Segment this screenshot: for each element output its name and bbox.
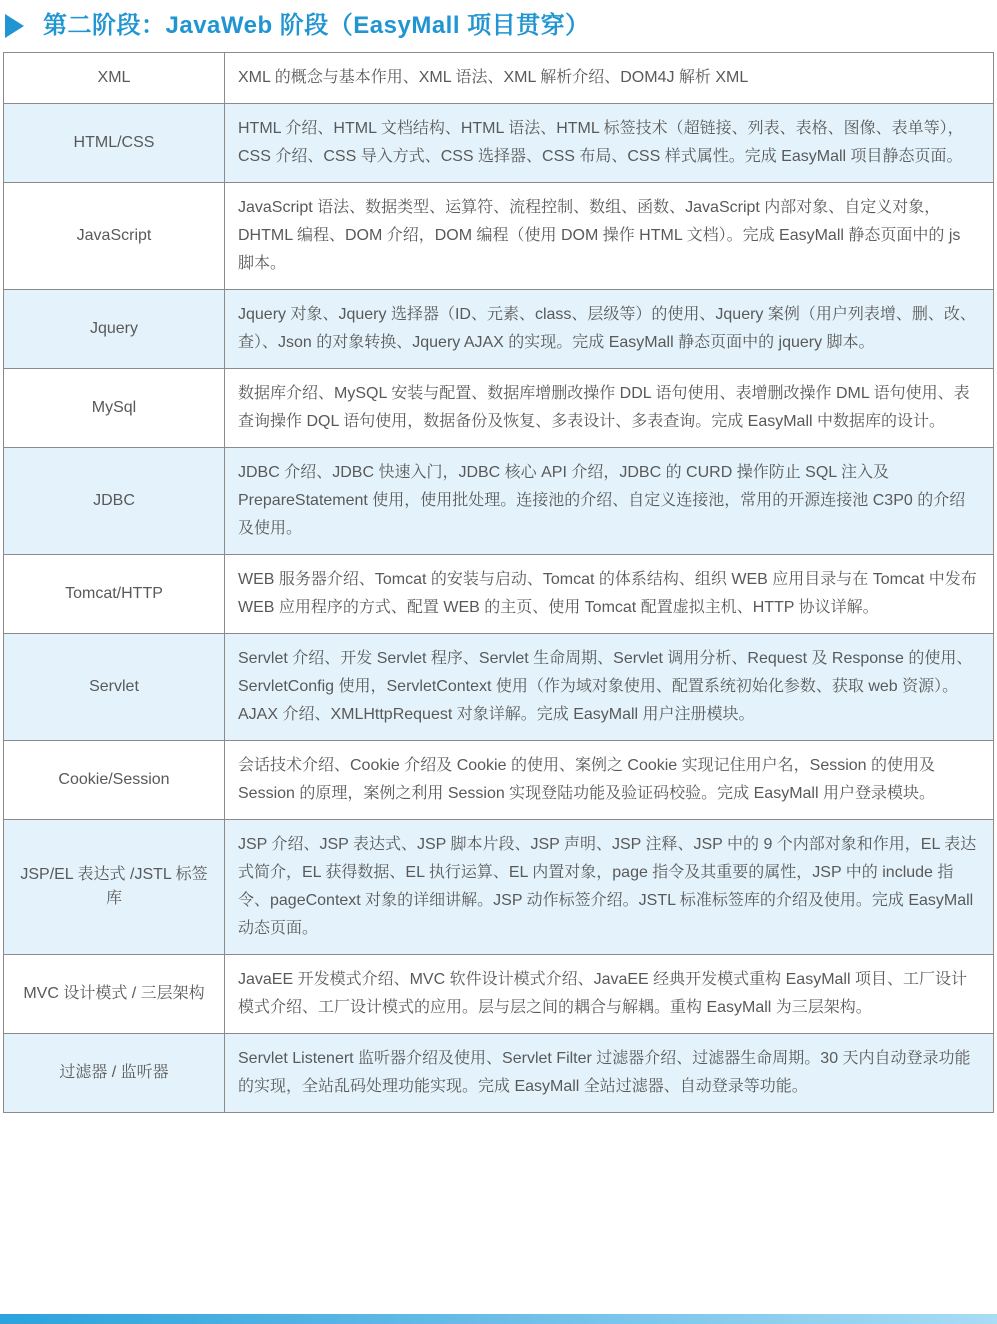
table-row: Servlet Servlet 介绍、开发 Servlet 程序、Servlet… [4, 634, 994, 741]
topic-cell: XML [4, 53, 225, 104]
topic-cell: HTML/CSS [4, 104, 225, 183]
table-row: JSP/EL 表达式 /JSTL 标签库 JSP 介绍、JSP 表达式、JSP … [4, 820, 994, 955]
right-triangle-play-icon [5, 14, 24, 38]
footer-accent-bar [0, 1314, 997, 1324]
topic-cell: JavaScript [4, 183, 225, 290]
table-row: XML XML 的概念与基本作用、XML 语法、XML 解析介绍、DOM4J 解… [4, 53, 994, 104]
table-row: MySql 数据库介绍、MySQL 安装与配置、数据库增删改操作 DDL 语句使… [4, 369, 994, 448]
table-row: Cookie/Session 会话技术介绍、Cookie 介绍及 Cookie … [4, 741, 994, 820]
description-cell: JDBC 介绍、JDBC 快速入门，JDBC 核心 API 介绍，JDBC 的 … [225, 448, 994, 555]
topic-cell: Tomcat/HTTP [4, 555, 225, 634]
description-cell: XML 的概念与基本作用、XML 语法、XML 解析介绍、DOM4J 解析 XM… [225, 53, 994, 104]
description-cell: JavaEE 开发模式介绍、MVC 软件设计模式介绍、JavaEE 经典开发模式… [225, 955, 994, 1034]
table-row: 过滤器 / 监听器 Servlet Listenert 监听器介绍及使用、Ser… [4, 1034, 994, 1113]
table-row: JavaScript JavaScript 语法、数据类型、运算符、流程控制、数… [4, 183, 994, 290]
topic-cell: JSP/EL 表达式 /JSTL 标签库 [4, 820, 225, 955]
description-cell: Servlet 介绍、开发 Servlet 程序、Servlet 生命周期、Se… [225, 634, 994, 741]
description-cell: JSP 介绍、JSP 表达式、JSP 脚本片段、JSP 声明、JSP 注释、JS… [225, 820, 994, 955]
topic-cell: JDBC [4, 448, 225, 555]
description-cell: HTML 介绍、HTML 文档结构、HTML 语法、HTML 标签技术（超链接、… [225, 104, 994, 183]
topic-cell: 过滤器 / 监听器 [4, 1034, 225, 1113]
description-cell: Servlet Listenert 监听器介绍及使用、Servlet Filte… [225, 1034, 994, 1113]
table-row: Jquery Jquery 对象、Jquery 选择器（ID、元素、class、… [4, 290, 994, 369]
topic-cell: Servlet [4, 634, 225, 741]
section-header: 第二阶段：JavaWeb 阶段（EasyMall 项目贯穿） [0, 0, 997, 52]
description-cell: WEB 服务器介绍、Tomcat 的安装与启动、Tomcat 的体系结构、组织 … [225, 555, 994, 634]
table-row: MVC 设计模式 / 三层架构 JavaEE 开发模式介绍、MVC 软件设计模式… [4, 955, 994, 1034]
topic-cell: Cookie/Session [4, 741, 225, 820]
description-cell: 数据库介绍、MySQL 安装与配置、数据库增删改操作 DDL 语句使用、表增删改… [225, 369, 994, 448]
curriculum-table: XML XML 的概念与基本作用、XML 语法、XML 解析介绍、DOM4J 解… [3, 52, 994, 1113]
description-cell: Jquery 对象、Jquery 选择器（ID、元素、class、层级等）的使用… [225, 290, 994, 369]
page: 第二阶段：JavaWeb 阶段（EasyMall 项目贯穿） XML XML 的… [0, 0, 997, 1324]
description-cell: 会话技术介绍、Cookie 介绍及 Cookie 的使用、案例之 Cookie … [225, 741, 994, 820]
curriculum-table-body: XML XML 的概念与基本作用、XML 语法、XML 解析介绍、DOM4J 解… [4, 53, 994, 1113]
topic-cell: MVC 设计模式 / 三层架构 [4, 955, 225, 1034]
topic-cell: MySql [4, 369, 225, 448]
table-row: Tomcat/HTTP WEB 服务器介绍、Tomcat 的安装与启动、Tomc… [4, 555, 994, 634]
table-row: JDBC JDBC 介绍、JDBC 快速入门，JDBC 核心 API 介绍，JD… [4, 448, 994, 555]
footer-spacer [0, 1113, 997, 1314]
description-cell: JavaScript 语法、数据类型、运算符、流程控制、数组、函数、JavaSc… [225, 183, 994, 290]
table-row: HTML/CSS HTML 介绍、HTML 文档结构、HTML 语法、HTML … [4, 104, 994, 183]
topic-cell: Jquery [4, 290, 225, 369]
page-title: 第二阶段：JavaWeb 阶段（EasyMall 项目贯穿） [43, 11, 590, 41]
